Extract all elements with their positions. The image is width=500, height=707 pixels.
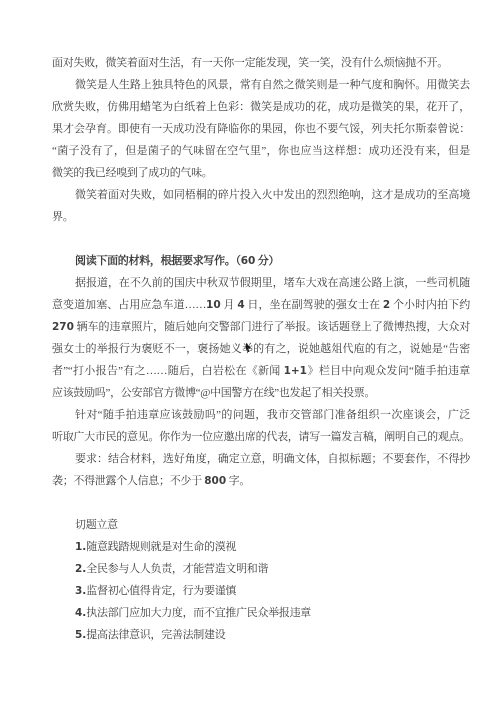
document-page: 面对失败，微笑着面对生活，有一天你一定能发现，笑一笑，没有什么烦恼抛不开。微笑是…	[0, 0, 500, 707]
numeric-text: 2	[383, 299, 390, 311]
text-line: 应该鼓励吗”，公安部官方微博“@中国警方在线”也发起了相关投票。	[52, 382, 470, 404]
text-line: 界。	[52, 206, 470, 228]
text-line: 4.执法部门应加大力度，而不宜推广民众举报违章	[52, 602, 470, 624]
text-line: 要求：结合材料，选好角度，确定立意，明确文体，自拟标题；不要套作，不得抄	[75, 448, 470, 470]
text-line: 微笑着面对失败，如同梧桐的碎片投入火中发出的烈烈绝响，这才是成功的至高境	[75, 184, 470, 206]
numeric-text: 60	[241, 255, 256, 267]
blank-line	[52, 492, 470, 514]
text-line: 面对失败，微笑着面对生活，有一天你一定能发现，笑一笑，没有什么烦恼抛不开。	[52, 52, 470, 74]
text-line: 阅读下面的材料，根据要求写作。（60 分）	[52, 250, 470, 272]
text-line: 强女士的举报行为褒贬不一，褒扬她义举的有之，说她越俎代庖的有之，说她是“告密	[52, 338, 470, 360]
text-line: 听取广大市民的意见。你作为一位应邀出席的代表，请写一篇发言稿，阐明自己的观点。	[52, 426, 470, 448]
document-text-block: 面对失败，微笑着面对生活，有一天你一定能发现，笑一笑，没有什么烦恼抛不开。微笑是…	[52, 52, 470, 646]
numeric-text: 1+1	[284, 365, 307, 377]
text-line: 袭；不得泄露个人信息；不少于 800 字。	[52, 470, 470, 492]
numeric-text: 5.	[75, 629, 86, 641]
text-line: 1.随意践踏规则就是对生命的漠视	[52, 536, 470, 558]
text-line: 者”“打小报告”有之……随后，白岩松在《新闻 1+1》栏目中向观众发问“随手拍违…	[52, 360, 470, 382]
text-line: 果才会孕育。即使有一天成功没有降临你的果园，你也不要气馁，列夫托尔斯泰曾说：	[52, 118, 470, 140]
text-line: 据报道，在不久前的国庆中秋双节假期里，堵车大戏在高速公路上演，一些司机随	[75, 272, 470, 294]
blank-line	[52, 228, 470, 250]
text-line: 意变道加塞、占用应急车道……10 月 4 日，坐在副驾驶的强女士在 2 个小时内…	[52, 294, 470, 316]
numeric-text: 270	[52, 321, 74, 333]
text-line: 微笑是人生路上独具特色的风景，常有自然之微笑则是一种气度和胸怀。用微笑去	[75, 74, 470, 96]
numeric-text: 10	[206, 299, 221, 311]
text-line: “菌子没有了，但是菌子的气味留在空气里”，你也应当这样想：成功还没有来，但是	[52, 140, 470, 162]
numeric-text: 1.	[75, 541, 86, 553]
text-line: 针对“随手拍违章应该鼓励吗”的问题，我市交管部门准备组织一次座谈会，广泛	[75, 404, 470, 426]
text-line: 270 辆车的违章照片，随后她向交警部门进行了举报。该话题登上了微博热搜，大众对	[52, 316, 470, 338]
numeric-text: 2.	[75, 563, 86, 575]
text-line: 3.监督初心值得肯定，行为要谨慎	[52, 580, 470, 602]
text-line: 2.全民参与人人负责，才能营造文明和谐	[52, 558, 470, 580]
text-line: 欣赏失败，仿佛用蜡笔为白纸着上色彩：微笑是成功的花，成功是微笑的果，花开了，	[52, 96, 470, 118]
numeric-text: 3.	[75, 585, 86, 597]
numeric-text: 4	[237, 299, 244, 311]
numeric-text: 800	[204, 475, 226, 487]
numeric-text: 4.	[75, 607, 86, 619]
text-line: 微笑的我已经嗅到了成功的气味。	[52, 162, 470, 184]
text-line: 5.提高法律意识，完善法制建设	[52, 624, 470, 646]
text-line: 切题立意	[52, 514, 470, 536]
